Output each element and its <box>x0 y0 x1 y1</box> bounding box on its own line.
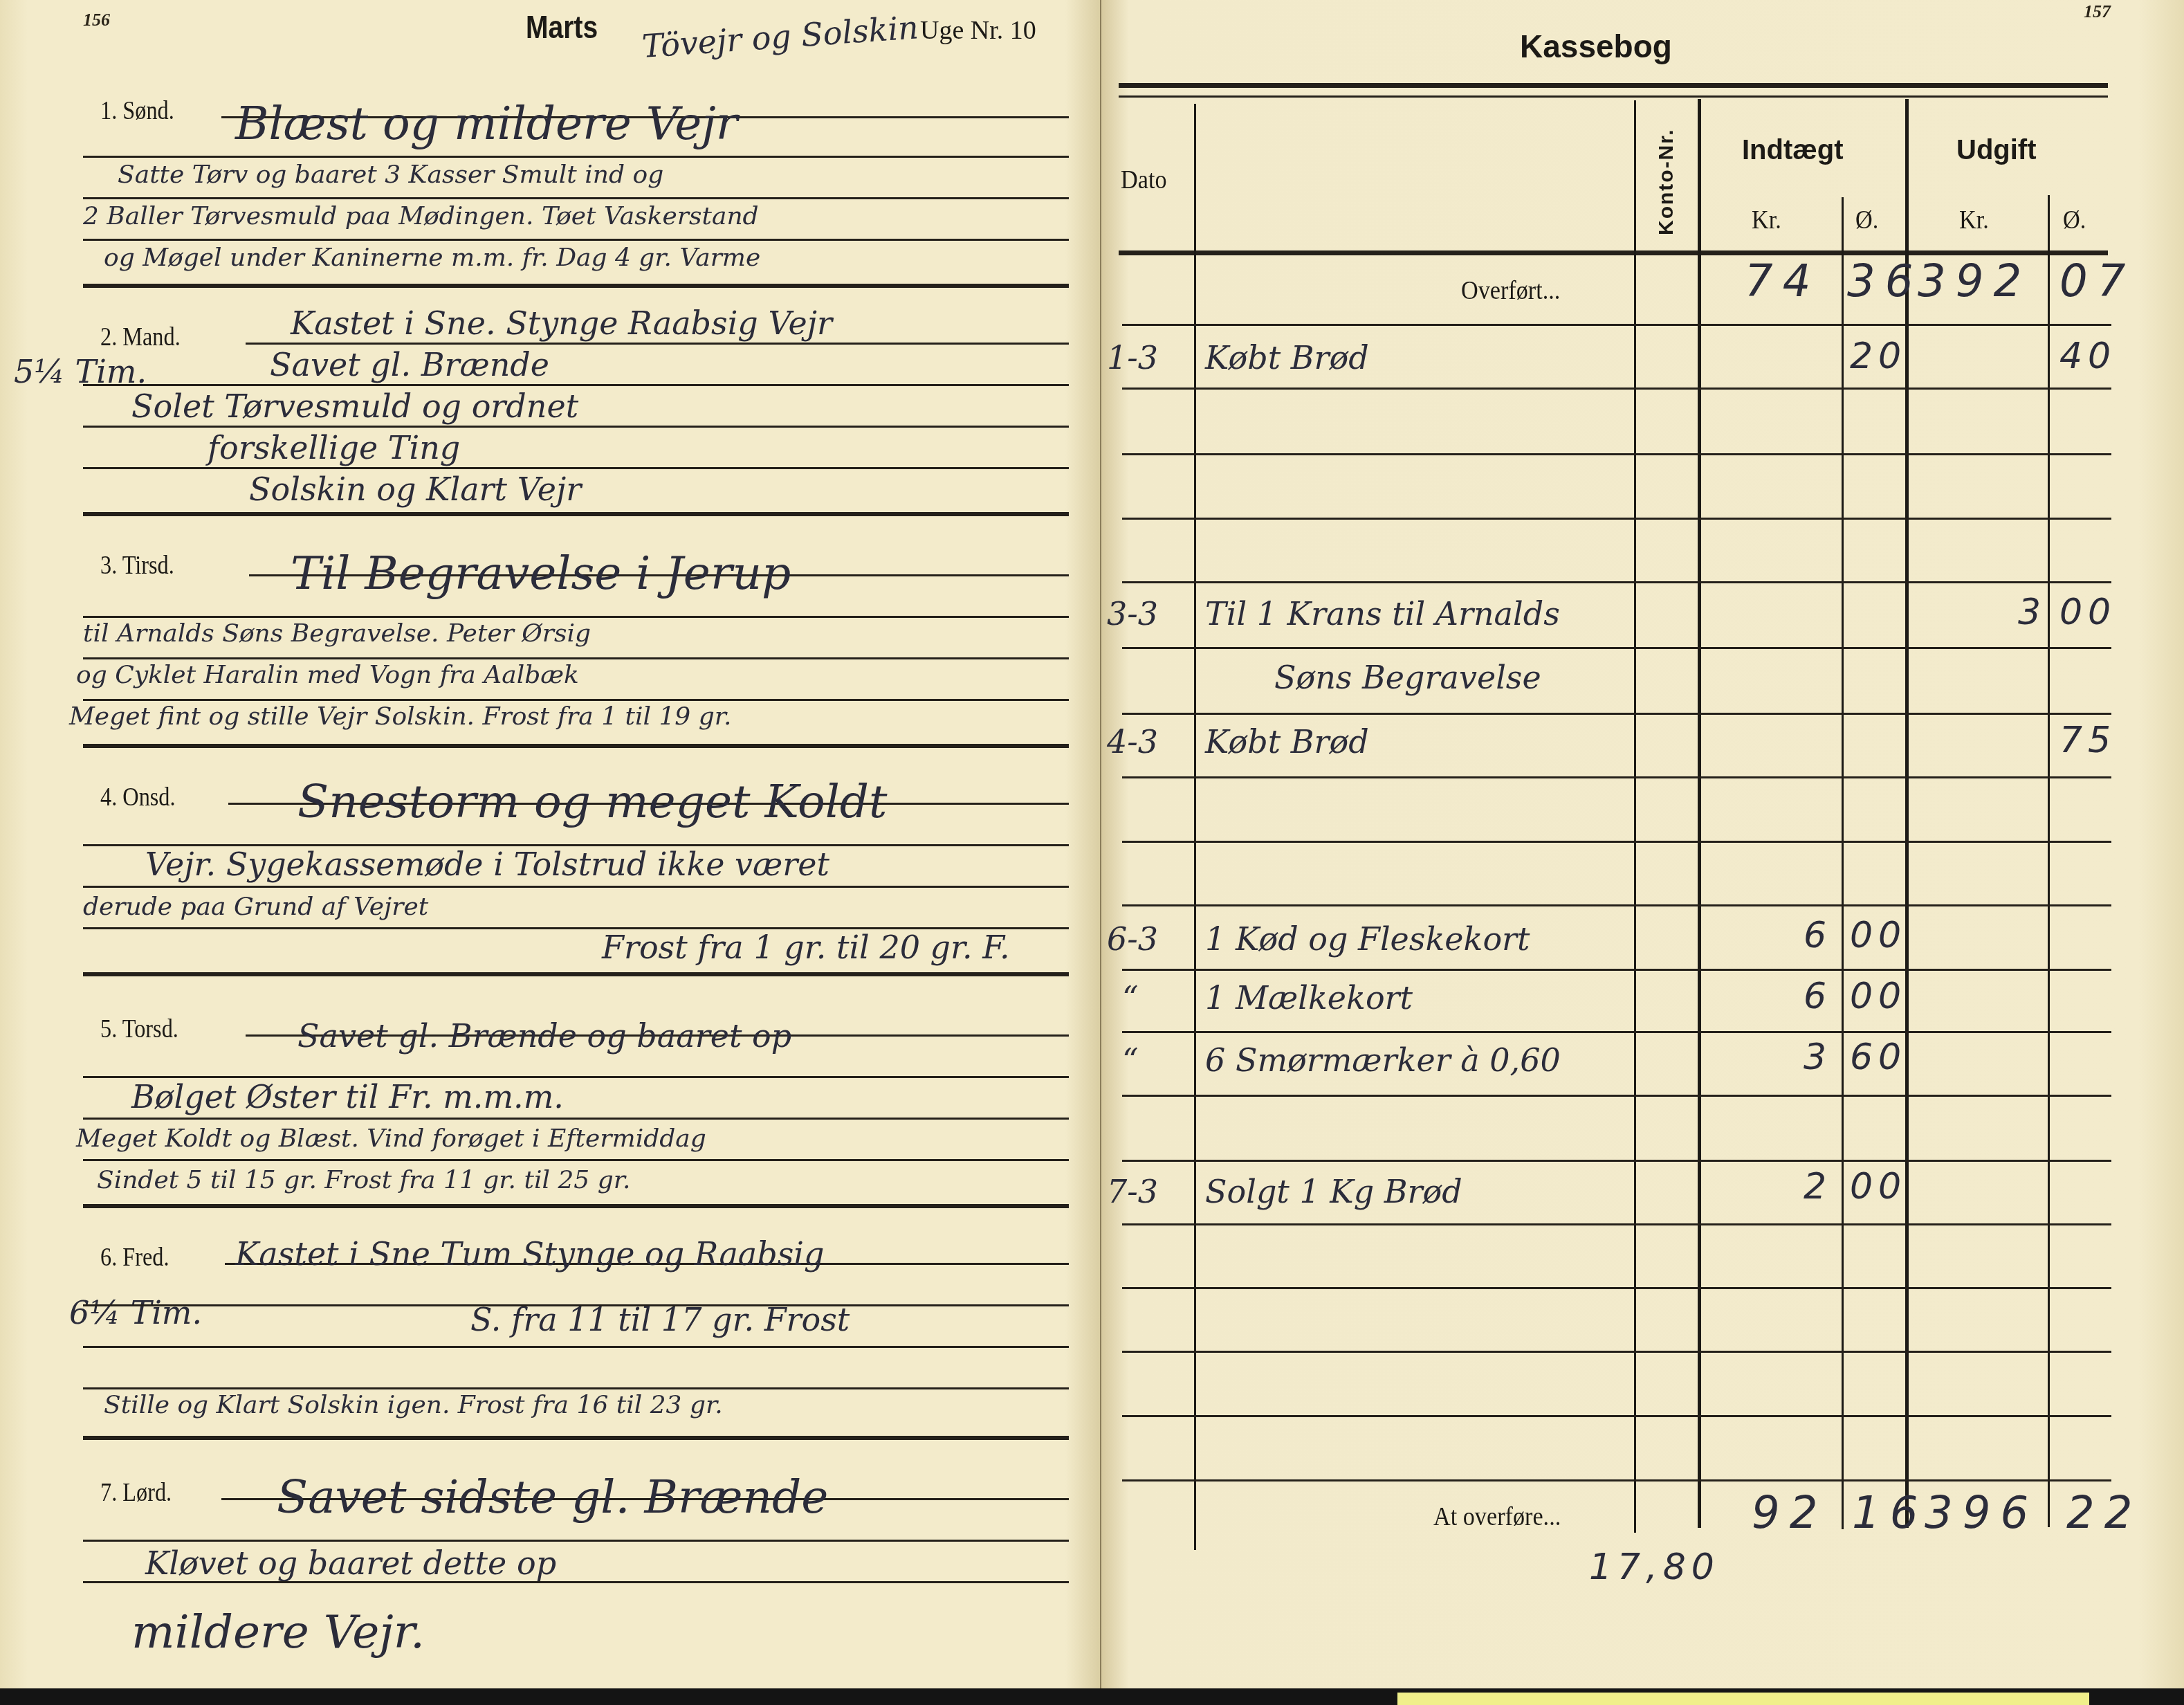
total-indtaegt-ore: 16 <box>1852 1488 1927 1539</box>
row-rule <box>1122 969 2111 971</box>
entry-line: Solskin og Klart Vejr <box>249 471 581 508</box>
entry-line: 2 Baller Tørvesmuld paa Mødingen. Tøet V… <box>83 202 759 230</box>
header-weather-note: Tövejr og Solskin <box>641 8 919 65</box>
col-header-udgift-ore: Ø. <box>2063 205 2086 235</box>
ruled-line <box>83 1118 1069 1120</box>
day-label-5: 5. Torsd. <box>100 1014 178 1044</box>
entry-udgift-ore: 40 <box>2059 336 2116 377</box>
ruled-line <box>83 1159 1069 1161</box>
entry-line: Savet sidste gl. Brænde <box>277 1470 828 1524</box>
entry-line: Savet gl. Brænde <box>270 346 549 383</box>
entry-line: Til Begravelse i Jerup <box>291 547 791 600</box>
entry-line: til Arnalds Søns Begravelse. Peter Ørsig <box>83 619 591 648</box>
entry-line: Solet Tørvesmuld og ordnet <box>131 387 578 425</box>
entry-line: Kastet i Sne. Stynge Raabsig Vejr <box>291 304 832 342</box>
row-rule <box>1122 1160 2111 1162</box>
col-header-indtaegt: Indtægt <box>1742 135 1844 166</box>
row-rule <box>1122 1223 2111 1225</box>
entry-line: Blæst og mildere Vejr <box>235 97 737 150</box>
day-label-1: 1. Sønd. <box>100 95 174 126</box>
row-rule <box>1122 518 2111 520</box>
ruled-line <box>83 886 1069 888</box>
row-rule <box>1122 324 2111 326</box>
margin-sum-note: 17,80 <box>1589 1547 1720 1588</box>
row-rule <box>1122 1415 2111 1417</box>
row-rule <box>1122 581 2111 583</box>
entry-line: Meget Koldt og Blæst. Vind forøget i Eft… <box>76 1124 706 1153</box>
col-header-udgift-kr: Kr. <box>1959 205 1989 235</box>
entry-udgift-ore: 75 <box>2059 720 2116 761</box>
ruled-line <box>83 197 1069 199</box>
entry-text: 1 Mælkekort <box>1205 979 1413 1016</box>
entry-line: Savet gl. Brænde og baaret op <box>297 1017 791 1055</box>
entry-text: 1 Kød og Fleskekort <box>1205 920 1530 958</box>
entry-line: forskellige Ting <box>208 429 460 466</box>
entry-dato: 7-3 <box>1107 1173 1158 1210</box>
col-divider-indtaegt-ore <box>1842 197 1844 1529</box>
total-udgift-kr: 396 <box>1925 1488 2038 1539</box>
entry-line: Sindet 5 til 15 gr. Frost fra 11 gr. til… <box>97 1166 630 1194</box>
row-rule <box>1122 647 2111 649</box>
col-header-udgift: Udgift <box>1956 135 2037 166</box>
col-header-indtaegt-kr: Kr. <box>1752 205 1781 235</box>
entry-dato: 1-3 <box>1107 339 1158 376</box>
col-header-indtaegt-ore: Ø. <box>1855 205 1878 235</box>
day-divider <box>83 972 1069 976</box>
entry-line: S. fra 11 til 17 gr. Frost <box>470 1301 850 1338</box>
row-rule <box>1122 1095 2111 1097</box>
col-divider-udgift-ore <box>2048 195 2050 1527</box>
entry-line: derude paa Grund af Vejret <box>83 893 428 921</box>
carried-indtaegt-ore: 36 <box>1847 256 1923 307</box>
day-divider <box>83 1436 1069 1440</box>
entry-indtaegt-ore: 00 <box>1850 976 1907 1017</box>
row-rule <box>1122 387 2111 390</box>
carried-over-label: Overført... <box>1461 275 1560 306</box>
entry-indtaegt-kr: 3 <box>1804 1037 1832 1078</box>
entry-dato-ditto: “ <box>1122 979 1139 1016</box>
ruled-line <box>83 384 1069 386</box>
day-label-4: 4. Onsd. <box>100 782 176 812</box>
entry-dato-ditto: “ <box>1122 1041 1139 1079</box>
entry-line: Satte Tørv og baaret 3 Kasser Smult ind … <box>118 161 663 189</box>
row-rule <box>1122 904 2111 906</box>
header-top-rule <box>1119 83 2108 88</box>
entry-indtaegt-ore: 00 <box>1850 1166 1907 1207</box>
row-rule <box>1122 453 2111 455</box>
col-divider-konto <box>1698 99 1701 1528</box>
day-label-2: 2. Mand. <box>100 322 181 352</box>
ledger-title: Kassebog <box>1520 28 1672 65</box>
entry-indtaegt-ore: 20 <box>1850 336 1907 377</box>
col-divider-dato <box>1194 104 1196 1550</box>
entry-indtaegt-kr: 6 <box>1804 976 1832 1017</box>
entry-udgift-ore: 00 <box>2059 592 2116 633</box>
ledger-page-right: 157 Kassebog Dato Konto-Nr. Indtægt Udgi… <box>1101 0 2184 1688</box>
ruled-line <box>83 239 1069 241</box>
carried-udgift-ore: 07 <box>2059 256 2135 307</box>
row-rule <box>1122 1031 2111 1033</box>
row-rule <box>1122 713 2111 715</box>
entry-line: Meget fint og stille Vejr Solskin. Frost… <box>69 702 731 731</box>
row-rule <box>1122 1351 2111 1353</box>
col-header-konto: Konto-Nr. <box>1655 128 1678 235</box>
day-label-3: 3. Tirsd. <box>100 550 174 581</box>
day-divider <box>83 744 1069 748</box>
diary-page-left: 156 Marts Uge Nr. 10 Tövejr og Solskin 1… <box>0 0 1101 1688</box>
entry-text: Købt Brød <box>1205 723 1369 760</box>
hours-note: 6¼ Tim. <box>69 1294 202 1331</box>
day-divider <box>83 284 1069 288</box>
day-divider <box>83 1204 1069 1208</box>
entry-indtaegt-ore: 60 <box>1850 1037 1907 1078</box>
ruled-line <box>83 699 1069 701</box>
row-rule <box>1122 841 2111 843</box>
ruled-line <box>246 343 1069 345</box>
ruled-line <box>83 467 1069 469</box>
total-udgift-ore: 22 <box>2066 1488 2142 1539</box>
entry-indtaegt-ore: 00 <box>1850 915 1907 956</box>
col-divider-indtaegt <box>1905 99 1909 1528</box>
week-number: Uge Nr. 10 <box>920 15 1036 46</box>
entry-line: mildere Vejr. <box>131 1605 425 1659</box>
header-top-rule-thin <box>1119 95 2108 98</box>
entry-text: Til 1 Krans til Arnalds <box>1205 595 1560 632</box>
row-rule <box>1122 1287 2111 1289</box>
entry-text-continued: Søns Begravelse <box>1274 659 1541 696</box>
page-number-left: 156 <box>83 10 110 30</box>
ruled-line <box>83 1346 1069 1348</box>
header-bottom-rule <box>1119 250 2108 255</box>
entry-dato: 4-3 <box>1107 723 1158 760</box>
entry-indtaegt-kr: 2 <box>1804 1166 1832 1207</box>
entry-indtaegt-kr: 6 <box>1804 915 1832 956</box>
ruled-line <box>83 1581 1069 1583</box>
ruled-line <box>83 426 1069 428</box>
entry-text: Solgt 1 Kg Brød <box>1205 1173 1462 1210</box>
day-divider <box>83 512 1069 516</box>
entry-dato: 6-3 <box>1107 920 1158 958</box>
page-number-right: 157 <box>2084 1 2111 22</box>
ruled-line <box>83 616 1069 618</box>
entry-line: Kløvet og baaret dette op <box>145 1544 556 1582</box>
ruled-line <box>83 657 1069 659</box>
entry-line: Bølget Øster til Fr. m.m.m. <box>131 1078 564 1115</box>
carried-indtaegt-kr: 74 <box>1745 256 1820 307</box>
entry-line: og Møgel under Kaninerne m.m. fr. Dag 4 … <box>104 244 760 272</box>
sticky-note-tab <box>1397 1693 2089 1705</box>
day-label-6: 6. Fred. <box>100 1242 169 1273</box>
entry-line: Vejr. Sygekassemøde i Tolstrud ikke være… <box>145 846 829 883</box>
entry-udgift-kr: 3 <box>2018 592 2046 633</box>
entry-line: Frost fra 1 gr. til 20 gr. F. <box>602 929 1010 966</box>
ruled-line <box>83 1387 1069 1389</box>
month-title: Marts <box>526 8 598 46</box>
entry-text: Købt Brød <box>1205 339 1369 376</box>
entry-line: Snestorm og meget Koldt <box>297 775 888 828</box>
col-header-dato: Dato <box>1121 165 1166 195</box>
row-rule <box>1122 1479 2111 1481</box>
entry-line: Kastet i Sne Tum Stynge og Raabsig <box>235 1235 825 1273</box>
to-carry-label: At overføre... <box>1433 1502 1561 1532</box>
total-indtaegt-kr: 92 <box>1752 1488 1827 1539</box>
entry-line: Stille og Klart Solskin igen. Frost fra … <box>104 1391 723 1419</box>
carried-udgift-kr: 392 <box>1918 256 2031 307</box>
entry-line: og Cyklet Haralin med Vogn fra Aalbæk <box>76 661 579 689</box>
entry-text: 6 Smørmærker à 0,60 <box>1205 1041 1561 1079</box>
row-rule <box>1122 776 2111 778</box>
ruled-line <box>83 156 1069 158</box>
entry-dato: 3-3 <box>1107 595 1158 632</box>
col-divider-text <box>1634 100 1636 1533</box>
ruled-line <box>83 1540 1069 1542</box>
day-label-7: 7. Lørd. <box>100 1477 172 1508</box>
